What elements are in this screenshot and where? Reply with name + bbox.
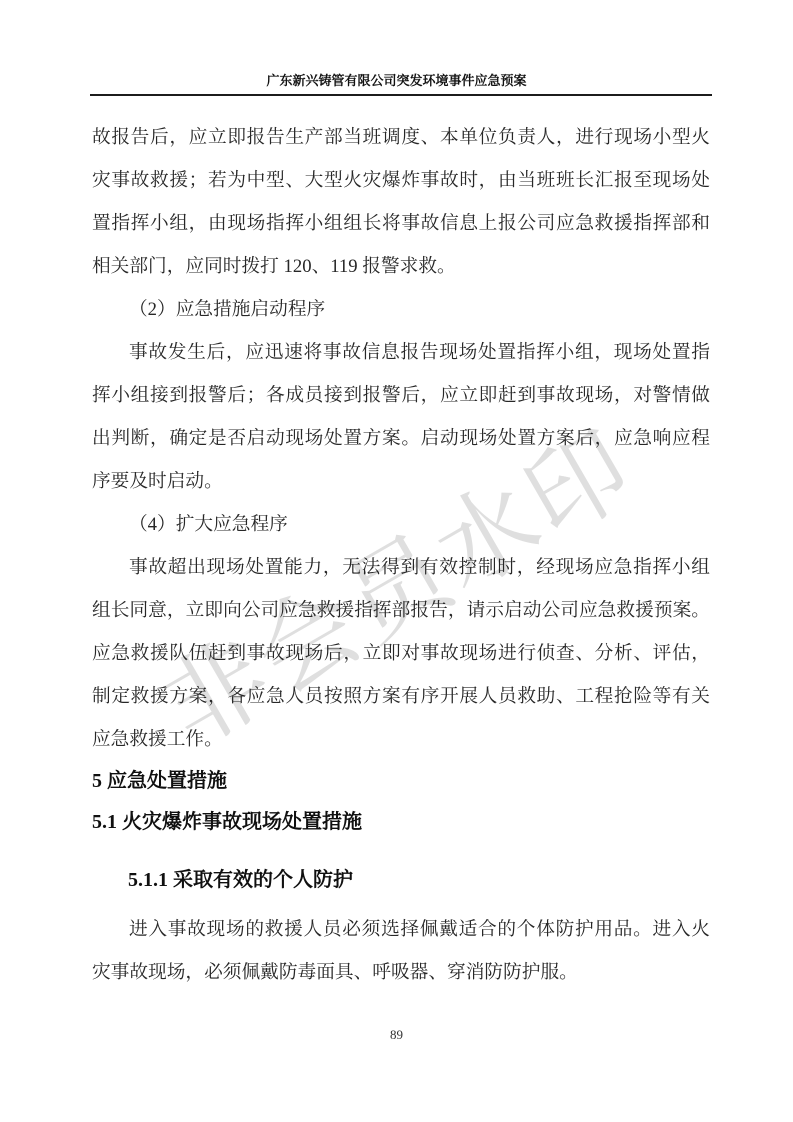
heading-5-1-1: 5.1.1 采取有效的个人防护 [92, 860, 710, 901]
document-page: 非会员水印 广东新兴铸管有限公司突发环境事件应急预案 故报告后，应立即报告生产部… [0, 0, 793, 1122]
text-line: 事故发生后，应迅速将事故信息报告现场处置指挥小组，现场处置指 [92, 331, 710, 374]
text-line: 灾事故现场，必须佩戴防毒面具、呼吸器、穿消防防护服。 [92, 951, 710, 994]
paragraph: 故报告后，应立即报告生产部当班调度、本单位负责人，进行现场小型火 灾事故救援；若… [92, 116, 710, 288]
paragraph: （4）扩大应急程序 [92, 503, 710, 546]
document-content: 故报告后，应立即报告生产部当班调度、本单位负责人，进行现场小型火 灾事故救援；若… [92, 116, 710, 994]
text-line: （2）应急措施启动程序 [92, 288, 710, 331]
paragraph: 事故发生后，应迅速将事故信息报告现场处置指挥小组，现场处置指 挥小组接到报警后；… [92, 331, 710, 503]
paragraph: 进入事故现场的救援人员必须选择佩戴适合的个体防护用品。进入火 灾事故现场，必须佩… [92, 908, 710, 994]
text-line: 进入事故现场的救援人员必须选择佩戴适合的个体防护用品。进入火 [92, 908, 710, 951]
paragraph: 事故超出现场处置能力，无法得到有效控制时，经现场应急指挥小组 组长同意，立即向公… [92, 546, 710, 761]
text-line: 组长同意，立即向公司应急救援指挥部报告，请示启动公司应急救援预案。 [92, 589, 710, 632]
text-line: 应急救援队伍赶到事故现场后，立即对事故现场进行侦查、分析、评估， [92, 632, 710, 675]
text-line: 序要及时启动。 [92, 460, 710, 503]
text-line: 灾事故救援；若为中型、大型火灾爆炸事故时，由当班班长汇报至现场处 [92, 159, 710, 202]
text-line: 出判断，确定是否启动现场处置方案。启动现场处置方案后，应急响应程 [92, 417, 710, 460]
header-title: 广东新兴铸管有限公司突发环境事件应急预案 [0, 70, 793, 89]
heading-5-1: 5.1 火灾爆炸事故现场处置措施 [92, 802, 710, 843]
page-number: 89 [390, 1027, 403, 1042]
text-line: 制定救援方案，各应急人员按照方案有序开展人员救助、工程抢险等有关 [92, 675, 710, 718]
text-line: 事故超出现场处置能力，无法得到有效控制时，经现场应急指挥小组 [92, 546, 710, 589]
text-line: 故报告后，应立即报告生产部当班调度、本单位负责人，进行现场小型火 [92, 116, 710, 159]
page-footer: 89 [0, 1027, 793, 1043]
text-line: 挥小组接到报警后；各成员接到报警后，应立即赶到事故现场，对警情做 [92, 374, 710, 417]
text-line: 应急救援工作。 [92, 718, 710, 761]
heading-5: 5 应急处置措施 [92, 761, 710, 802]
text-line: 相关部门，应同时拨打 120、119 报警求救。 [92, 245, 710, 288]
paragraph: （2）应急措施启动程序 [92, 288, 710, 331]
text-line: 置指挥小组，由现场指挥小组组长将事故信息上报公司应急救援指挥部和 [92, 202, 710, 245]
header-rule [90, 94, 712, 96]
text-line: （4）扩大应急程序 [92, 503, 710, 546]
